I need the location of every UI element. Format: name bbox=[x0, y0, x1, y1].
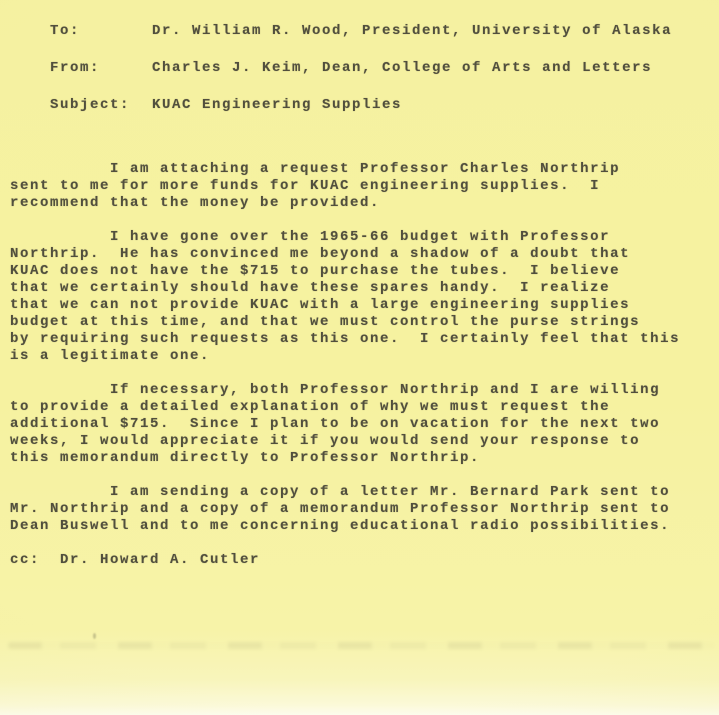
to-value: Dr. William R. Wood, President, Universi… bbox=[152, 23, 672, 39]
subject-value: KUAC Engineering Supplies bbox=[152, 97, 402, 113]
scan-ink-smudge bbox=[8, 642, 715, 649]
from-label: From: bbox=[50, 60, 152, 77]
memo-paragraph-2: I have gone over the 1965-66 budget with… bbox=[10, 229, 719, 365]
memo-header-field-subject: Subject:KUAC Engineering Supplies bbox=[10, 80, 402, 131]
cc-line: cc: Dr. Howard A. Cutler bbox=[10, 552, 719, 569]
subject-label: Subject: bbox=[50, 97, 152, 114]
from-value: Charles J. Keim, Dean, College of Arts a… bbox=[152, 60, 652, 76]
memo-document: To:Dr. William R. Wood, President, Unive… bbox=[0, 0, 719, 715]
to-label: To: bbox=[50, 23, 152, 40]
scan-speck bbox=[93, 633, 96, 639]
memo-paragraph-4: I am sending a copy of a letter Mr. Bern… bbox=[10, 484, 719, 535]
memo-paragraph-1: I am attaching a request Professor Charl… bbox=[10, 161, 719, 212]
memo-body: I am attaching a request Professor Charl… bbox=[10, 161, 719, 586]
memo-paragraph-3: If necessary, both Professor Northrip an… bbox=[10, 382, 719, 467]
